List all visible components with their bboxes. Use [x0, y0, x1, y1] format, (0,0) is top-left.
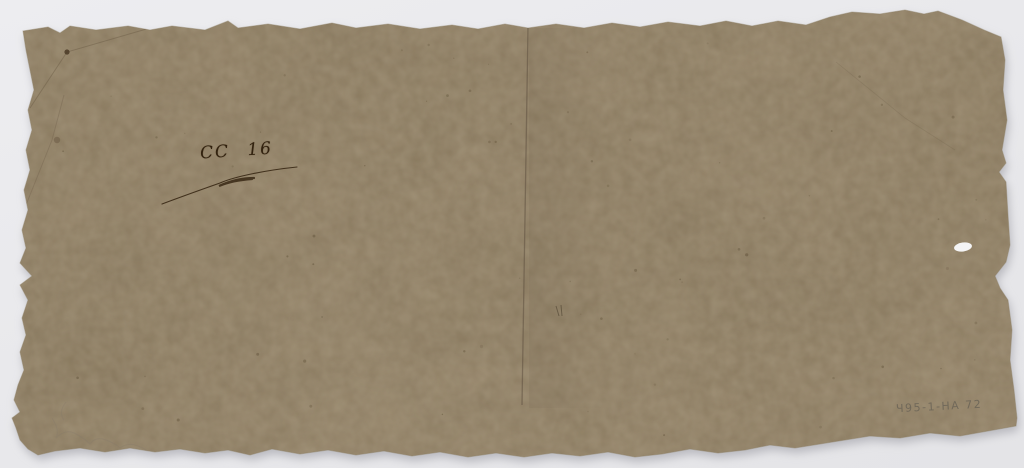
fold-shading	[529, 28, 609, 408]
paper-sheet	[12, 10, 1017, 457]
paper-sheet-graphic	[0, 0, 1024, 468]
photograph: CC 16 Ч95-1-НА 72	[0, 0, 1024, 468]
stain-spot	[54, 137, 60, 143]
hole	[64, 49, 69, 54]
